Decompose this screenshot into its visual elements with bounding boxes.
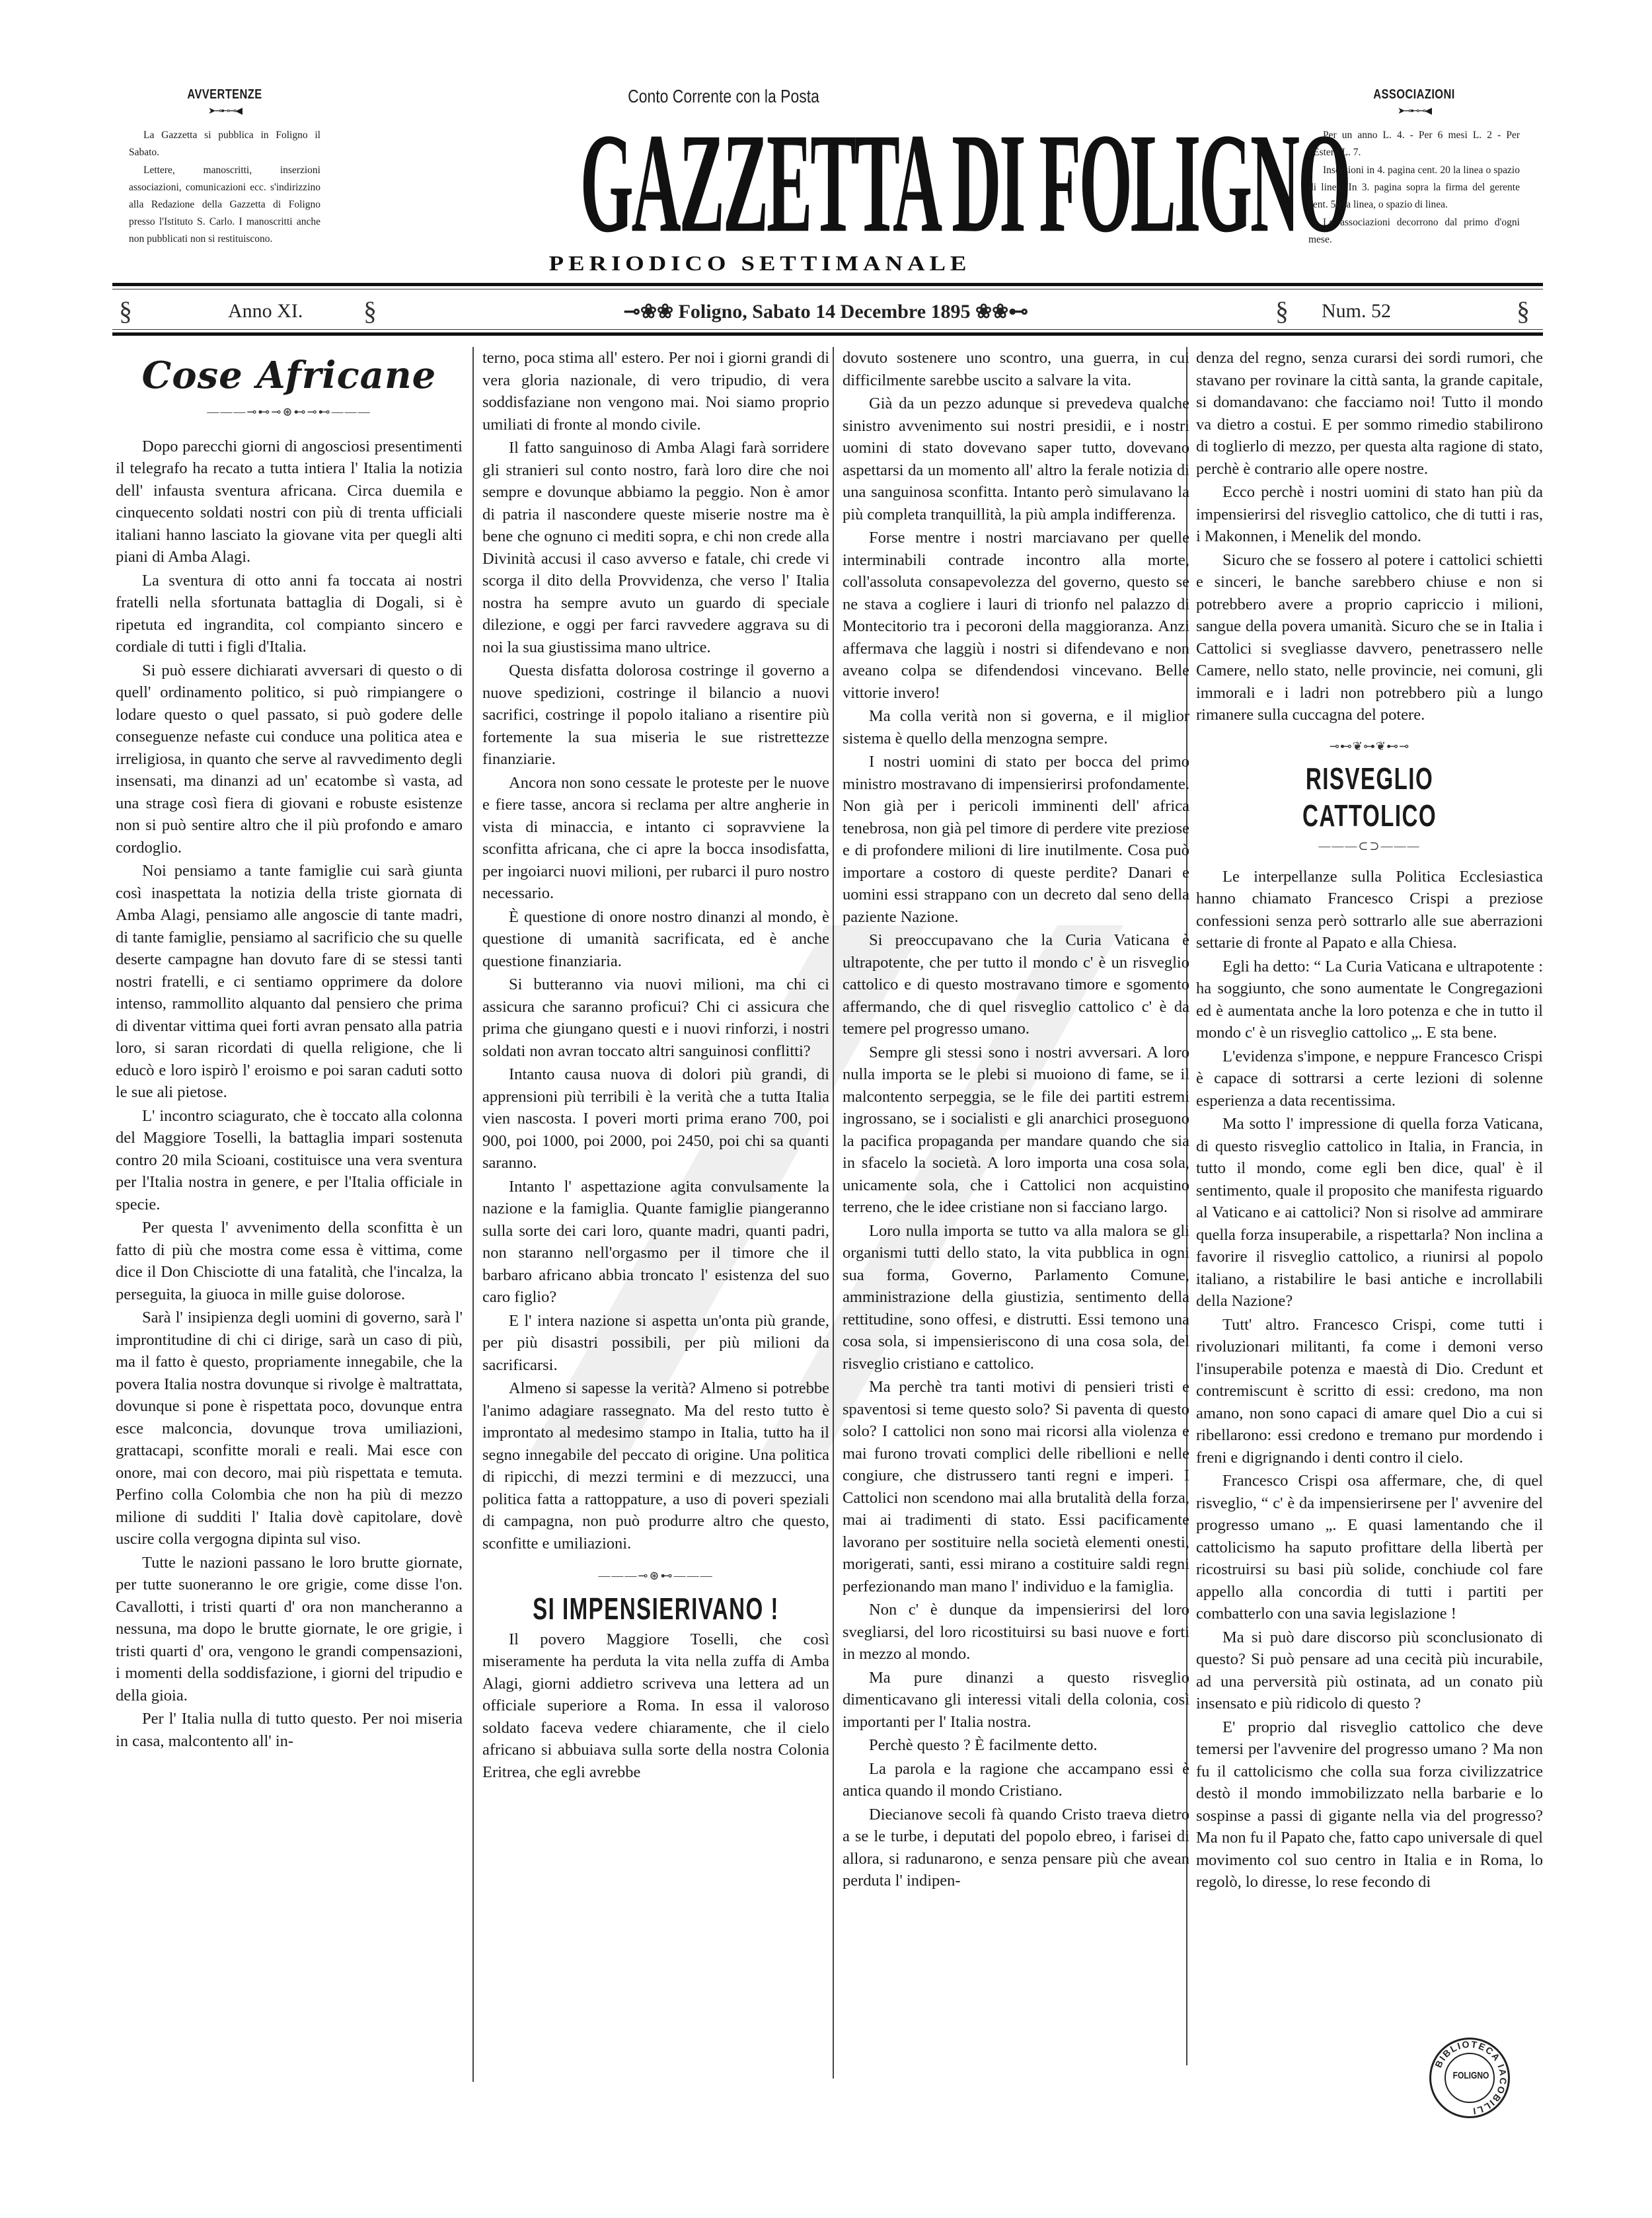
paragraph: Sarà l' insipienza degli uomini di gover…	[116, 1307, 463, 1550]
paragraph: Intanto causa nuova di dolori più grandi…	[482, 1063, 829, 1174]
scroll-ornament-icon: §	[119, 293, 132, 329]
issue-date: ⊸❀❀ Foligno, Sabato 14 Decembre 1895 ❀❀⊷	[496, 300, 1156, 323]
avvertenze-text: La Gazzetta si pubblica in Foligno il Sa…	[129, 127, 320, 161]
column-divider	[472, 347, 474, 2082]
paragraph: Tutte le nazioni passano le loro brutte …	[116, 1552, 463, 1707]
paragraph: L' incontro sciagurato, che è toccato al…	[116, 1105, 463, 1216]
newspaper-subtitle: PERIODICO SETTIMANALE	[342, 251, 1178, 276]
paragraph: dovuto sostenere uno scontro, una guerra…	[843, 347, 1189, 391]
paragraph: Si butteranno via nuovi milioni, ma chi …	[482, 974, 829, 1062]
stamp-center-text: FOLIGNO	[1451, 2070, 1491, 2081]
anno-label: Anno XI.	[228, 300, 303, 323]
library-stamp: BIBLIOTECA IACOBILLI FOLIGNO	[1429, 2038, 1510, 2118]
paragraph: Questa disfatta dolorosa costringe il go…	[482, 660, 829, 771]
paragraph: Le interpellanze sulla Politica Ecclesia…	[1196, 866, 1543, 954]
paragraph: terno, poca stima all' estero. Per noi i…	[482, 347, 829, 436]
stamp-inner-ring: FOLIGNO	[1445, 2053, 1495, 2103]
dateline-inner: § Anno XI. § ⊸❀❀ Foligno, Sabato 14 Dece…	[112, 289, 1543, 330]
scroll-ornament-icon: §	[363, 293, 377, 329]
article-title-cose-africane: Cose Africane	[116, 352, 463, 399]
paragraph: Almeno si sapesse la verità? Almeno si p…	[482, 1377, 829, 1554]
paragraph: Ma pure dinanzi a questo risveglio dimen…	[843, 1667, 1189, 1734]
paragraph: Ma sotto l' impressione di quella forza …	[1196, 1113, 1543, 1313]
newspaper-title: GAZZETTA DI FOLIGNO	[580, 112, 1085, 255]
flourish-right-icon: ❀❀⊷	[975, 301, 1028, 323]
divider-ornament-icon: ———⊸⊛⊷———	[482, 1565, 829, 1587]
dateline-bar: § Anno XI. § ⊸❀❀ Foligno, Sabato 14 Dece…	[112, 283, 1543, 336]
column-3: dovuto sostenere uno scontro, una guerra…	[843, 347, 1189, 1893]
paragraph: Ma si può dare discorso più sconclusiona…	[1196, 1626, 1543, 1715]
paragraph: I nostri uomini di stato per bocca del p…	[843, 751, 1189, 928]
column-1: Cose Africane ———⊸⊷⊸⊛⊷⊸⊷——— Dopo parecch…	[116, 347, 463, 1753]
ornament-icon: ➤⊸⊷⊸◀	[1308, 106, 1520, 118]
paragraph: Sempre gli stessi sono i nostri avversar…	[843, 1042, 1189, 1219]
paragraph: Il povero Maggiore Toselli, che così mis…	[482, 1628, 829, 1784]
avvertenze-panel: AVVERTENZE ➤⊸⊷⊸◀ La Gazzetta si pubblica…	[129, 86, 320, 249]
associazioni-text: Per un anno L. 4. - Per 6 mesi L. 2 - Pe…	[1308, 127, 1520, 161]
paragraph: denza del regno, senza curarsi dei sordi…	[1196, 347, 1543, 480]
paragraph: Dopo parecchi giorni di angosciosi prese…	[116, 436, 463, 568]
column-4: denza del regno, senza curarsi dei sordi…	[1196, 347, 1543, 1895]
associazioni-text: Le associazioni decorrono dal primo d'og…	[1308, 214, 1520, 249]
newspaper-page: AVVERTENZE ➤⊸⊷⊸◀ La Gazzetta si pubblica…	[112, 86, 1543, 2095]
flourish-left-icon: ⊸❀❀	[624, 301, 673, 323]
paragraph: Non c' è dunque da impensierirsi del lor…	[843, 1599, 1189, 1665]
article-columns: Cose Africane ———⊸⊷⊸⊛⊷⊸⊷——— Dopo parecch…	[112, 347, 1543, 2092]
paragraph: Ma colla verità non si governa, e il mig…	[843, 705, 1189, 749]
paragraph: E' proprio dal risveglio cattolico che d…	[1196, 1716, 1543, 1893]
paragraph: Si può essere dichiarati avversari di qu…	[116, 660, 463, 859]
ornament-icon: ➤⊸⊷⊸◀	[129, 106, 320, 118]
avvertenze-title: AVVERTENZE	[146, 86, 303, 103]
paragraph: Il fatto sanguinoso di Amba Alagi farà s…	[482, 437, 829, 658]
paragraph: Sicuro che se fossero al potere i cattol…	[1196, 549, 1543, 726]
paragraph: Perchè questo ? È facilmente detto.	[843, 1734, 1189, 1757]
paragraph: Si preoccupavano che la Curia Vaticana è…	[843, 929, 1189, 1040]
avvertenze-text: Lettere, manoscritti, inserzioni associa…	[129, 162, 320, 248]
associazioni-text: Inserzioni in 4. pagina cent. 20 la line…	[1308, 162, 1520, 213]
paragraph: Ecco perchè i nostri uomini di stato han…	[1196, 481, 1543, 548]
divider-ornament-icon: ⊸⊷❦⊶❦⊷⊸	[1196, 736, 1543, 758]
divider-ornament-icon: ———⊂⊃———	[1196, 835, 1543, 858]
masthead: AVVERTENZE ➤⊸⊷⊸◀ La Gazzetta si pubblica…	[112, 86, 1543, 287]
paragraph: Ma perchè tra tanti motivi di pensieri t…	[843, 1376, 1189, 1597]
paragraph: Ancora non sono cessate le proteste per …	[482, 772, 829, 905]
paragraph: Intanto l' aspettazione agita convulsame…	[482, 1176, 829, 1309]
column-divider	[833, 347, 834, 2079]
paragraph: La sventura di otto anni fa toccata ai n…	[116, 570, 463, 658]
paragraph: Per questa l' avvenimento della sconfitt…	[116, 1217, 463, 1305]
paragraph: Forse mentre i nostri marciavano per que…	[843, 527, 1189, 704]
paragraph: Già da un pezzo adunque si prevedeva qua…	[843, 393, 1189, 525]
scroll-ornament-icon: §	[1517, 293, 1530, 329]
article-title-risveglio-cattolico: RISVEGLIO CATTOLICO	[1245, 760, 1495, 834]
paragraph: Loro nulla importa se tutto va alla malo…	[843, 1220, 1189, 1375]
paragraph: Egli ha detto: “ La Curia Vaticana e ult…	[1196, 956, 1543, 1044]
paragraph: È questione di onore nostro dinanzi al m…	[482, 906, 829, 973]
issue-number: Num. 52	[1322, 300, 1391, 323]
paragraph: Noi pensiamo a tante famiglie cui sarà g…	[116, 860, 463, 1104]
divider-ornament-icon: ———⊸⊷⊸⊛⊷⊸⊷———	[116, 401, 463, 424]
paragraph: Diecianove secoli fà quando Cristo traev…	[843, 1804, 1189, 1892]
paragraph: Tutt' altro. Francesco Crispi, come tutt…	[1196, 1314, 1543, 1469]
paragraph: Per l' Italia nulla di tutto questo. Per…	[116, 1708, 463, 1752]
associazioni-panel: ASSOCIAZIONI ➤⊸⊷⊸◀ Per un anno L. 4. - P…	[1308, 86, 1520, 249]
paragraph: L'evidenza s'impone, e neppure Francesco…	[1196, 1046, 1543, 1112]
associazioni-title: ASSOCIAZIONI	[1328, 86, 1501, 103]
issue-date-text: Foligno, Sabato 14 Decembre 1895	[679, 301, 971, 323]
paragraph: La parola e la ragione che accampano ess…	[843, 1758, 1189, 1802]
article-title-si-impensierivano: SI IMPENSIERIVANO !	[531, 1590, 781, 1627]
scroll-ornament-icon: §	[1275, 293, 1289, 329]
paragraph: E l' intera nazione si aspetta un'onta p…	[482, 1310, 829, 1377]
column-2: terno, poca stima all' estero. Per noi i…	[482, 347, 829, 1784]
paragraph: Francesco Crispi osa affermare, che, di …	[1196, 1470, 1543, 1625]
